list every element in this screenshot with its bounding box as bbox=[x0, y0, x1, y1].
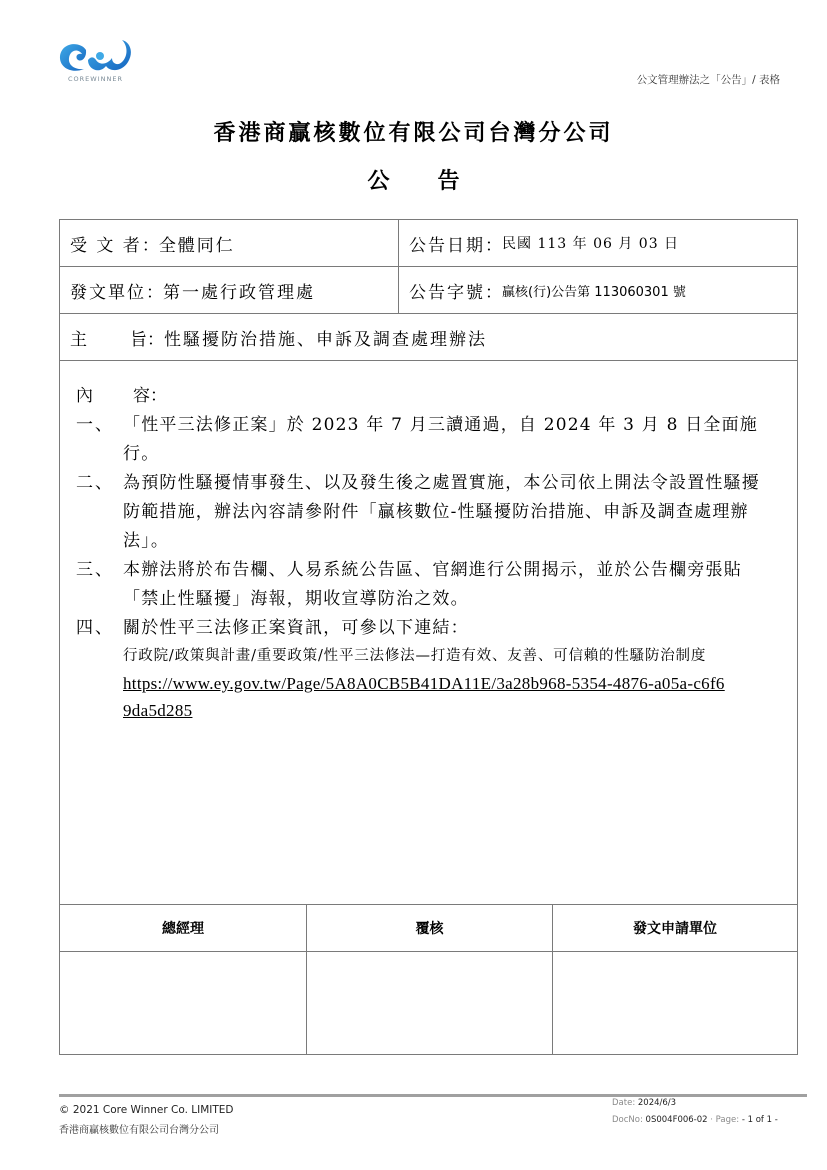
doc-title-char-2: 告 bbox=[438, 164, 460, 195]
issuer-value: 第一處行政管理處 bbox=[163, 278, 315, 303]
content-item-2: 二、 為預防性騷擾情事發生、以及發生後之處置實施，本公司依上開法令設置性騷擾防範… bbox=[76, 469, 773, 556]
doc-title: 公告 bbox=[0, 164, 827, 195]
signature-header-applicant: 發文申請單位 bbox=[552, 905, 797, 951]
subject-value: 性騷擾防治措施、申訴及調查處理辦法 bbox=[164, 325, 487, 350]
item-number: 二、 bbox=[76, 469, 123, 556]
subject-label-a: 主 bbox=[70, 325, 130, 350]
item-text: 關於性平三法修正案資訊，可參以下連結： bbox=[123, 614, 773, 643]
footer-date-label: Date: bbox=[612, 1098, 638, 1108]
item-text: 「性平三法修正案」於 2023 年 7 月三讀通過，自 2024 年 3 月 8… bbox=[123, 411, 773, 469]
footer-company: 香港商贏核數位有限公司台灣分公司 bbox=[59, 1121, 219, 1136]
recipient-date-row: 受 文 者：全體同仁 公告日期：民國 113 年 06 月 03 日 bbox=[60, 220, 797, 267]
logo-wordmark: COREWINNER bbox=[68, 75, 123, 83]
reference-text: 行政院/政策與計畫/重要政策/性平三法修法—打造有效、友善、可信賴的性騷防治制度 bbox=[76, 643, 773, 670]
footer-date: Date: 2024/6/3 bbox=[612, 1098, 676, 1108]
reference-link[interactable]: https://www.ey.gov.tw/Page/5A8A0CB5B41DA… bbox=[76, 670, 773, 724]
issuer-label: 發文單位 bbox=[70, 278, 146, 303]
footer-docno: DocNo: 0S004F006-02 · Page: - 1 of 1 - bbox=[612, 1115, 778, 1125]
colon: ： bbox=[485, 231, 502, 256]
item-number: 三、 bbox=[76, 556, 123, 614]
corewinner-wave-icon bbox=[56, 38, 142, 78]
content-item-3: 三、 本辦法將於布告欄、人易系統公告區、官網進行公開揭示，並於公告欄旁張貼「禁止… bbox=[76, 556, 773, 614]
item-text: 本辦法將於布告欄、人易系統公告區、官網進行公開揭示，並於公告欄旁張貼「禁止性騷擾… bbox=[123, 556, 773, 614]
subject-row: 主旨：性騷擾防治措施、申訴及調查處理辦法 bbox=[60, 314, 797, 361]
signature-header-review: 覆核 bbox=[306, 905, 552, 951]
signature-box-review[interactable] bbox=[306, 952, 552, 1054]
item-text: 為預防性騷擾情事發生、以及發生後之處置實施，本公司依上開法令設置性騷擾防範措施，… bbox=[123, 469, 773, 556]
colon: ： bbox=[485, 278, 502, 303]
signature-header-gm: 總經理 bbox=[60, 905, 306, 951]
signature-body-row bbox=[60, 952, 797, 1054]
content-item-4: 四、 關於性平三法修正案資訊，可參以下連結： bbox=[76, 614, 773, 643]
recipient-cell: 受 文 者：全體同仁 bbox=[60, 220, 398, 266]
footer-page-label: · Page: bbox=[708, 1115, 742, 1125]
form-tag: 公文管理辦法之「公告」/ 表格 bbox=[637, 72, 780, 87]
colon: ： bbox=[147, 325, 164, 350]
recipient-label: 受 文 者 bbox=[70, 231, 142, 256]
date-label: 公告日期 bbox=[409, 231, 485, 256]
issuer-cell: 發文單位：第一處行政管理處 bbox=[60, 267, 398, 313]
subject-label-b: 旨 bbox=[130, 325, 147, 350]
date-cell: 公告日期：民國 113 年 06 月 03 日 bbox=[398, 220, 797, 266]
number-value: 贏核(行)公告第 113060301 號 bbox=[502, 281, 686, 300]
recipient-value: 全體同仁 bbox=[159, 231, 235, 256]
colon: ： bbox=[146, 278, 163, 303]
colon: ： bbox=[142, 231, 159, 256]
signature-box-applicant[interactable] bbox=[552, 952, 797, 1054]
doc-title-char-1: 公 bbox=[367, 164, 389, 195]
date-value: 民國 113 年 06 月 03 日 bbox=[502, 233, 679, 253]
signature-header-row: 總經理 覆核 發文申請單位 bbox=[60, 905, 797, 952]
content-item-1: 一、 「性平三法修正案」於 2023 年 7 月三讀通過，自 2024 年 3 … bbox=[76, 411, 773, 469]
content-label-b: 容： bbox=[133, 386, 167, 406]
item-number: 四、 bbox=[76, 614, 123, 643]
content-label: 內容： bbox=[76, 381, 773, 406]
content-section: 內容： 一、 「性平三法修正案」於 2023 年 7 月三讀通過，自 2024 … bbox=[60, 361, 797, 905]
footer-docno-label: DocNo: bbox=[612, 1115, 646, 1125]
footer-date-value: 2024/6/3 bbox=[638, 1098, 676, 1108]
issuer-number-row: 發文單位：第一處行政管理處 公告字號：贏核(行)公告第 113060301 號 bbox=[60, 267, 797, 314]
footer-divider bbox=[59, 1094, 807, 1097]
item-number: 一、 bbox=[76, 411, 123, 469]
company-title: 香港商贏核數位有限公司台灣分公司 bbox=[0, 116, 827, 147]
announcement-table: 受 文 者：全體同仁 公告日期：民國 113 年 06 月 03 日 發文單位：… bbox=[59, 219, 798, 1055]
subject-cell: 主旨：性騷擾防治措施、申訴及調查處理辦法 bbox=[60, 314, 797, 360]
footer-docno-value: 0S004F006-02 bbox=[646, 1115, 708, 1125]
number-cell: 公告字號：贏核(行)公告第 113060301 號 bbox=[398, 267, 797, 313]
signature-box-gm[interactable] bbox=[60, 952, 306, 1054]
footer-copyright: © 2021 Core Winner Co. LIMITED bbox=[59, 1104, 234, 1116]
company-logo: COREWINNER bbox=[56, 38, 142, 86]
number-label: 公告字號 bbox=[409, 278, 485, 303]
content-label-a: 內 bbox=[76, 386, 93, 406]
footer-page-value: - 1 of 1 - bbox=[742, 1115, 778, 1125]
